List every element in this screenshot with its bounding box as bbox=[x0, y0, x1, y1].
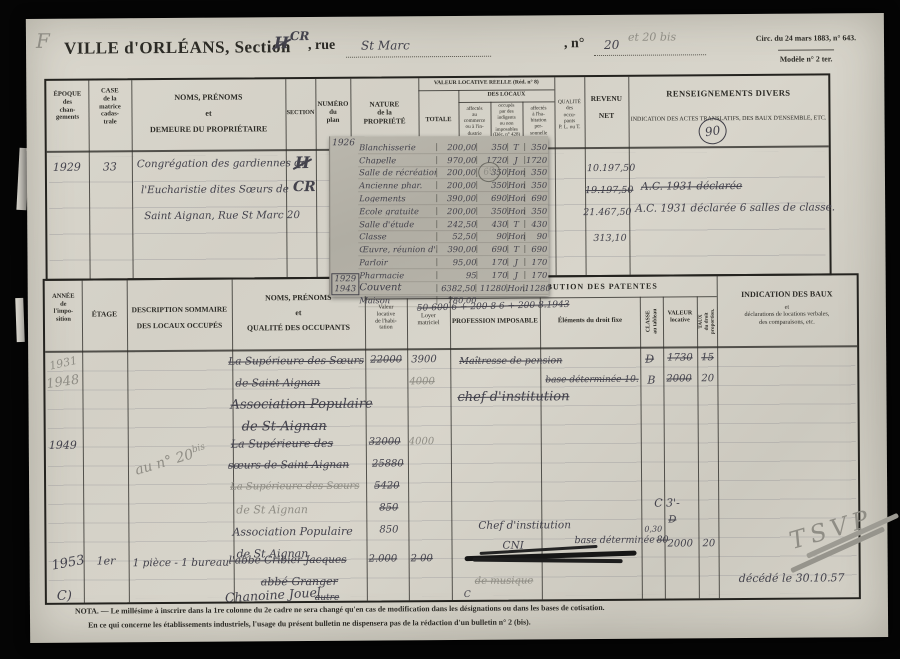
col-loyer-matriciel: Loyer matriciel bbox=[407, 312, 450, 327]
epoque-value: 1929 bbox=[53, 161, 81, 174]
col-numero: NUMÉRO du plan bbox=[315, 101, 350, 125]
col-affectes-habitation: affectés à l'ha- bitation per- sonnelle bbox=[522, 105, 554, 136]
valeur-locative-value: 22000 bbox=[370, 354, 402, 365]
slip-row: Salle de récréation200,00350Hon350 bbox=[358, 167, 548, 180]
occupant-name: La Supérieure des Sœurs bbox=[230, 481, 359, 493]
occupant-name: sœurs de Saint Aignan bbox=[228, 459, 349, 472]
valeur-locative-value: 850 bbox=[379, 502, 398, 513]
occupant-name: de St-Aignan bbox=[242, 419, 327, 435]
col-revenu: REVENU NET bbox=[584, 95, 628, 122]
valeur-locative-value: 5420 bbox=[374, 480, 400, 491]
slip-row: Chapelle970,001720J1720 bbox=[358, 154, 548, 167]
numero-value: 20 bbox=[604, 38, 619, 52]
numero-label: , n° bbox=[564, 36, 585, 52]
col-description: DESCRIPTION SOMMAIRE DES LOCAUX OCCUPÉS bbox=[127, 302, 232, 335]
col-classe: CLASSE au tableau bbox=[645, 286, 659, 356]
col-des-locaux: DES LOCAUX bbox=[458, 91, 554, 98]
renseignements-note-struck: A.C. 1931 déclarée bbox=[641, 180, 742, 193]
rue-value: St Marc bbox=[361, 38, 410, 52]
valeur-locative-value: 2.000 bbox=[369, 553, 398, 564]
occupant-name: de Saint Aignan bbox=[235, 377, 320, 390]
occupants-table: ANNÉE de l'impo- sition ÉTAGE DESCRIPTIO… bbox=[43, 273, 861, 605]
col-case: CASE de la matrice cadas- trale bbox=[88, 87, 131, 126]
slip-row: École gratuite200,00350Hon350 bbox=[358, 205, 548, 218]
occupant-name: Association Populaire bbox=[230, 397, 372, 413]
col-totale: TOTALE bbox=[419, 116, 459, 124]
owner-name-line3: Saint Aignan, Rue St Marc 20 bbox=[144, 209, 300, 222]
col-renseignements-sub: INDICATION DES ACTES TRANSLATIFS, DES BA… bbox=[631, 115, 827, 123]
classe-note-struck: D bbox=[668, 514, 676, 525]
section-value: CR bbox=[290, 29, 310, 43]
case-value: 33 bbox=[103, 160, 117, 173]
slip-row: Classe52,5090Hon90 bbox=[358, 231, 548, 244]
nota-line2: En ce qui concerne les établissements in… bbox=[88, 615, 868, 629]
revenu-value: 313,10 bbox=[593, 233, 626, 244]
slip-row: Couvent6382,5011280Hon11280 bbox=[358, 282, 548, 295]
loyer-value: 4000 bbox=[409, 436, 435, 447]
profession-value: de musique bbox=[475, 575, 534, 586]
occupant-name: de St Aignan bbox=[236, 503, 308, 517]
col-etage: ÉTAGE bbox=[82, 310, 127, 319]
loyer-value-struck: 4000 bbox=[409, 376, 435, 387]
slip-row: Ancienne phar.200,00350Hon350 bbox=[358, 179, 548, 192]
description-value: 1 pièce - 1 bureau bbox=[133, 557, 229, 570]
valeur-value: 2000 bbox=[666, 373, 692, 384]
profession-value: Maîtresse de pension bbox=[459, 355, 562, 367]
slip-row: Pharmacie95170J170 bbox=[358, 269, 548, 282]
slip-row: Parloir95,00170J170 bbox=[358, 256, 548, 269]
scanned-document-photo: F VILLE d'ORLÉANS, Section H CR , rue St… bbox=[0, 0, 900, 659]
valeur-value: 1730 bbox=[667, 352, 693, 363]
col-section: SECTION bbox=[285, 109, 315, 117]
slip-year-box: 1929 1943 bbox=[331, 273, 359, 295]
col-baux-sub: et déclarations de locations verbales, d… bbox=[719, 303, 855, 326]
loyer-value: 2 00 bbox=[411, 553, 433, 564]
col-affectes-commerce: affectés au commerce ou à l'in- dustrie bbox=[458, 106, 490, 137]
profession-value: Chef d'institution bbox=[478, 519, 571, 532]
valeur-locative-value: 25880 bbox=[372, 458, 404, 469]
cadastral-form-sheet: F VILLE d'ORLÉANS, Section H CR , rue St… bbox=[26, 13, 888, 643]
col-nature: NATURE de la PROPRIÉTÉ bbox=[350, 100, 418, 126]
renseignements-note: A.C. 1931 déclarée 6 salles de classe. bbox=[635, 201, 835, 214]
col-noms: NOMS, PRÉNOMS et DEMEURE DU PROPRIÉTAIRE bbox=[131, 89, 285, 138]
revenu-value-struck: 19.197,50 bbox=[585, 185, 633, 196]
deces-note: décédé le 30.10.57 bbox=[739, 571, 845, 585]
divider bbox=[778, 49, 834, 50]
classe-note: C 3'- bbox=[654, 496, 680, 509]
slip-row: Blanchisserie200,00350T350 bbox=[358, 141, 548, 154]
valeur-locative-value: 32000 bbox=[369, 436, 401, 447]
col-noms-occupants: NOMS, PRÉNOMS et QUALITÉ DES OCCUPANTS bbox=[232, 291, 365, 336]
attached-valuation-slip: 1926 1929 1943 69 Blanchisserie200,00350… bbox=[329, 136, 548, 296]
slip-row: Maison780,00 bbox=[358, 294, 548, 307]
col-elements: Éléments du droit fixe bbox=[540, 317, 640, 326]
col-annee: ANNÉE de l'impo- sition bbox=[45, 293, 82, 323]
revenu-value: 21.467,50 bbox=[583, 207, 631, 218]
slip-row: Logements390,00690Hon690 bbox=[358, 192, 548, 205]
slip-year-top: 1926 bbox=[332, 138, 355, 148]
section-cell-struck: H bbox=[295, 153, 310, 172]
taux-value: 20 bbox=[701, 373, 714, 384]
col-taux: TAUX du droit proportion. bbox=[698, 289, 717, 353]
slip-row: Salle d'étude242,50430T430 bbox=[358, 218, 548, 231]
numero-added-value: et 20 bis bbox=[628, 30, 676, 43]
owner-name-line2: l'Eucharistie dites Sœurs de bbox=[141, 183, 289, 196]
col-valeur: VALEUR locative bbox=[663, 310, 697, 324]
occupant-name: La Supérieure des Sœurs bbox=[228, 355, 364, 368]
valeur-value: 2000 bbox=[667, 538, 693, 549]
occupant-name: La Supérieure des bbox=[231, 437, 333, 451]
occupant-name: l'abbé Cribier Jacques bbox=[229, 554, 347, 567]
etage-value: 1er bbox=[97, 554, 116, 567]
classe-value: B bbox=[647, 374, 655, 387]
taux-value: 15 bbox=[701, 352, 714, 363]
col-valeur-locative-hab: Valeur locative de l'habi- tation bbox=[365, 304, 407, 332]
col-profession: PROFESSION IMPOSABLE bbox=[450, 317, 540, 326]
col-epoque: ÉPOQUE des chan- gements bbox=[46, 91, 88, 122]
slip-row: Œuvre, réunion d'hiver390,00690T690 bbox=[358, 243, 548, 256]
slip-rows: Blanchisserie200,00350T350 Chapelle970,0… bbox=[358, 141, 548, 308]
classe-value: D bbox=[645, 353, 654, 366]
section-value-struck: H bbox=[274, 33, 289, 52]
col-baux-title: INDICATION DES BAUX bbox=[717, 289, 857, 299]
loyer-value: 3900 bbox=[411, 354, 437, 365]
classe-note: 0,30 bbox=[644, 525, 662, 534]
occupant-name-struck: autre bbox=[315, 593, 339, 603]
c-small-mark: C bbox=[464, 590, 471, 600]
rue-label: , rue bbox=[308, 38, 335, 54]
col-renseignements: RENSEIGNEMENTS DIVERS bbox=[628, 87, 828, 99]
model-number: Modèle n° 2 ter. bbox=[736, 54, 876, 64]
occupant-name: Association Populaire bbox=[232, 525, 352, 539]
year-1949: 1949 bbox=[49, 439, 77, 452]
col-valeur-groupe: VALEUR LOCATIVE RÉELLE (Réd. n° 8) bbox=[418, 79, 554, 87]
owner-name-line1: Congrégation des gardiennes de bbox=[137, 157, 307, 170]
section-cell-value: CR bbox=[293, 179, 316, 195]
torn-edge-fragment bbox=[15, 298, 25, 342]
year-c-mark: C) bbox=[57, 589, 72, 604]
form-title: VILLE d'ORLÉANS, Section bbox=[64, 37, 291, 59]
revenu-value: 10.197,50 bbox=[587, 163, 635, 174]
circular-reference: Circ. du 24 mars 1883, n° 643. bbox=[736, 33, 876, 43]
elements-value: base déterminée 10. bbox=[545, 375, 638, 386]
valeur-locative-value: 850 bbox=[379, 524, 398, 535]
corner-pencil-mark: F bbox=[36, 29, 50, 53]
elements-value: base déterminée bbox=[574, 535, 654, 547]
col-occupes-indigents: occupés par des indigents ou non imposab… bbox=[490, 104, 522, 140]
col-qualite: QUALITÉ des occu- pants P. L. ou T. bbox=[554, 99, 584, 130]
profession-value: chef d'institution bbox=[457, 389, 569, 405]
taux-value: 20 bbox=[702, 538, 715, 549]
